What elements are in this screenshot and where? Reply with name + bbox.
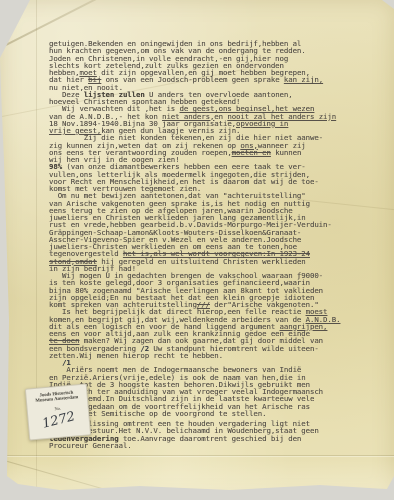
museum-label: Joods Historisch Museum Amsterdam No. 12…	[25, 383, 91, 440]
scan-background: { "colors":{"paper":"#e9e1b6","ink":"#57…	[0, 0, 394, 500]
text-segment: Procureur Generaal.	[49, 441, 132, 450]
text-segment: toe.Aanvrage daaromtrent geschied bij de…	[119, 434, 302, 443]
text-line: Procureur Generaal.	[49, 442, 389, 449]
document-text: getuigen.Bekenden en oningewijden in ons…	[49, 40, 389, 449]
text-segment: kan zijn,	[284, 75, 323, 84]
text-line: /2boven het Semitische op de voorgrond t…	[49, 410, 389, 417]
text-segment: ons van een Joodsch-probleem geen sprake	[101, 75, 284, 84]
text-line: zetten.Wij menen hierop recht te hebben.	[49, 352, 389, 359]
text-segment: moeten en	[232, 148, 271, 157]
document-page: getuigen.Bekenden en oningewijden in ons…	[0, 0, 394, 500]
text-segment: zetten.Wij menen hierop recht te hebben.	[49, 351, 223, 360]
text-segment: kunnen	[271, 148, 301, 157]
text-segment: opvoeding in	[236, 119, 288, 128]
fold-crease	[0, 456, 116, 493]
fold-crease	[0, 455, 394, 456]
